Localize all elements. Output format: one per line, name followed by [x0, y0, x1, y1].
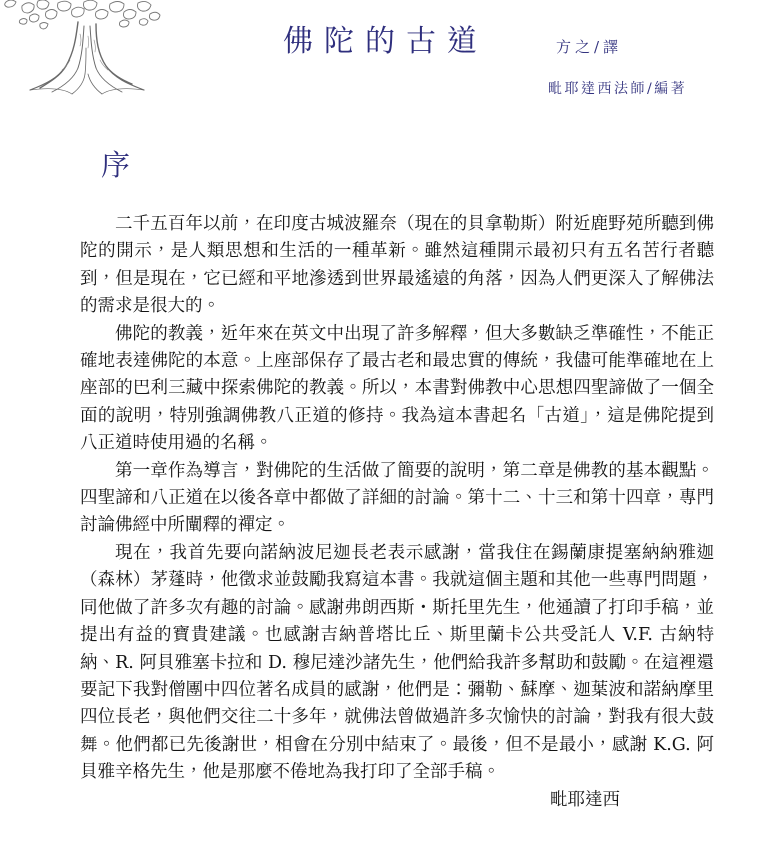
paragraph-1: 二千五百年以前，在印度古城波羅奈（現在的貝拿勒斯）附近鹿野苑所聽到佛陀的開示，是… [80, 211, 714, 321]
paragraph-3: 第一章作為導言，對佛陀的生活做了簡要的說明，第二章是佛教的基本觀點。四聖諦和八正… [80, 458, 714, 540]
paragraph-4: 現在，我首先要向諾納波尼迦長老表示感謝，當我住在錫蘭康提塞納納雅迦（森林）茅蓬時… [80, 540, 714, 787]
byline-translator: 方之/譯 [556, 36, 622, 57]
document-page: 佛陀的古道 方之/譯 毗耶達西法師/編著 序 二千五百年以前，在印度古城波羅奈（… [0, 0, 780, 847]
preface-body: 二千五百年以前，在印度古城波羅奈（現在的貝拿勒斯）附近鹿野苑所聽到佛陀的開示，是… [80, 211, 714, 814]
document-title: 佛陀的古道 [283, 16, 488, 60]
section-heading-preface: 序 [101, 143, 130, 184]
byline-author: 毗耶達西法師/編著 [548, 78, 687, 98]
tree-sketch-image [0, 0, 165, 96]
author-signature: 毗耶達西 [80, 787, 714, 814]
paragraph-2: 佛陀的教義，近年來在英文中出現了許多解釋，但大多數缺乏準確性，不能正確地表達佛陀… [80, 321, 714, 458]
